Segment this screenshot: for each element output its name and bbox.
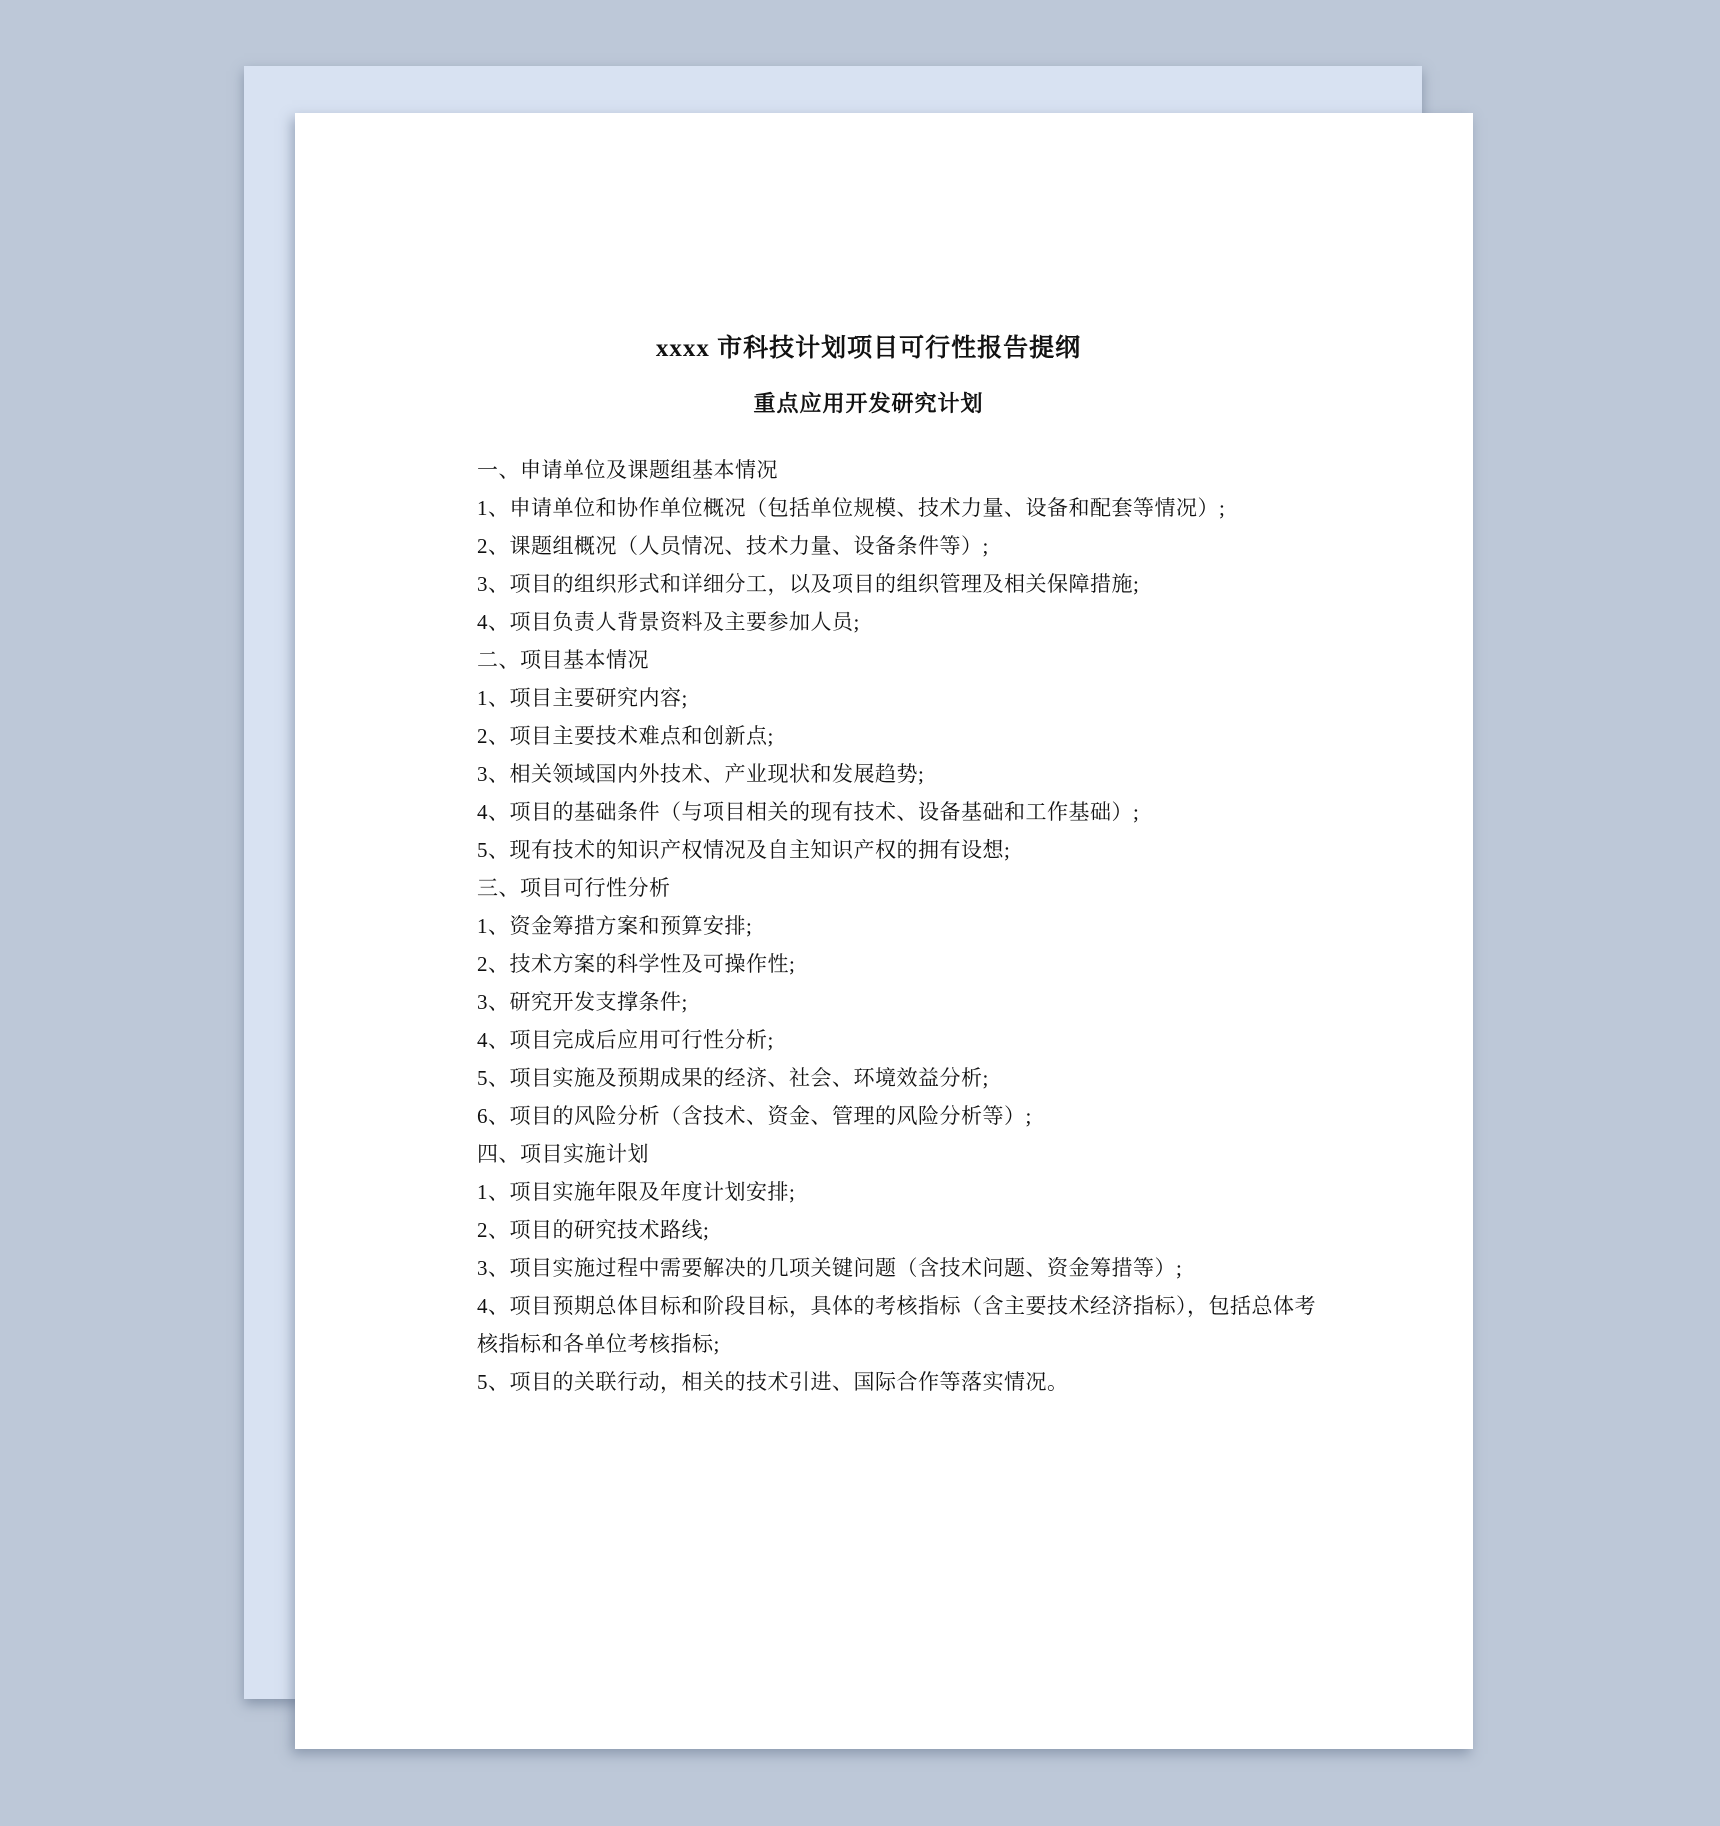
- document-content: xxxx 市科技计划项目可行性报告提纲 重点应用开发研究计划 一、申请单位及课题…: [295, 113, 1473, 1749]
- document-line: 三、项目可行性分析: [477, 869, 1260, 907]
- document-line: 5、项目的关联行动，相关的技术引进、国际合作等落实情况。: [477, 1363, 1260, 1401]
- document-line: 4、项目的基础条件（与项目相关的现有技术、设备基础和工作基础）;: [477, 793, 1260, 831]
- document-line: 四、项目实施计划: [477, 1135, 1260, 1173]
- document-line: 5、现有技术的知识产权情况及自主知识产权的拥有设想;: [477, 831, 1260, 869]
- document-line: 1、申请单位和协作单位概况（包括单位规模、技术力量、设备和配套等情况）;: [477, 489, 1260, 527]
- document-body: 一、申请单位及课题组基本情况1、申请单位和协作单位概况（包括单位规模、技术力量、…: [477, 451, 1260, 1401]
- document-title: xxxx 市科技计划项目可行性报告提纲: [477, 331, 1260, 367]
- document-line: 3、相关领域国内外技术、产业现状和发展趋势;: [477, 755, 1260, 793]
- document-line: 二、项目基本情况: [477, 641, 1260, 679]
- document-line: 3、项目的组织形式和详细分工，以及项目的组织管理及相关保障措施;: [477, 565, 1260, 603]
- document-line: 2、课题组概况（人员情况、技术力量、设备条件等）;: [477, 527, 1260, 565]
- document-line: 4、项目完成后应用可行性分析;: [477, 1021, 1260, 1059]
- document-subtitle: 重点应用开发研究计划: [477, 386, 1260, 422]
- document-line: 4、项目预期总体目标和阶段目标，具体的考核指标（含主要技术经济指标），包括总体考: [477, 1287, 1260, 1325]
- workspace-background: xxxx 市科技计划项目可行性报告提纲 重点应用开发研究计划 一、申请单位及课题…: [0, 0, 1720, 1826]
- document-line: 2、技术方案的科学性及可操作性;: [477, 945, 1260, 983]
- document-line: 2、项目的研究技术路线;: [477, 1211, 1260, 1249]
- document-line: 一、申请单位及课题组基本情况: [477, 451, 1260, 489]
- document-line: 3、项目实施过程中需要解决的几项关键问题（含技术问题、资金筹措等）;: [477, 1249, 1260, 1287]
- document-line: 6、项目的风险分析（含技术、资金、管理的风险分析等）;: [477, 1097, 1260, 1135]
- document-line: 4、项目负责人背景资料及主要参加人员;: [477, 603, 1260, 641]
- document-line: 核指标和各单位考核指标;: [477, 1325, 1260, 1363]
- document-line: 1、资金筹措方案和预算安排;: [477, 907, 1260, 945]
- document-page: xxxx 市科技计划项目可行性报告提纲 重点应用开发研究计划 一、申请单位及课题…: [295, 113, 1473, 1749]
- document-line: 1、项目实施年限及年度计划安排;: [477, 1173, 1260, 1211]
- document-line: 3、研究开发支撑条件;: [477, 983, 1260, 1021]
- document-line: 5、项目实施及预期成果的经济、社会、环境效益分析;: [477, 1059, 1260, 1097]
- document-line: 2、项目主要技术难点和创新点;: [477, 717, 1260, 755]
- document-line: 1、项目主要研究内容;: [477, 679, 1260, 717]
